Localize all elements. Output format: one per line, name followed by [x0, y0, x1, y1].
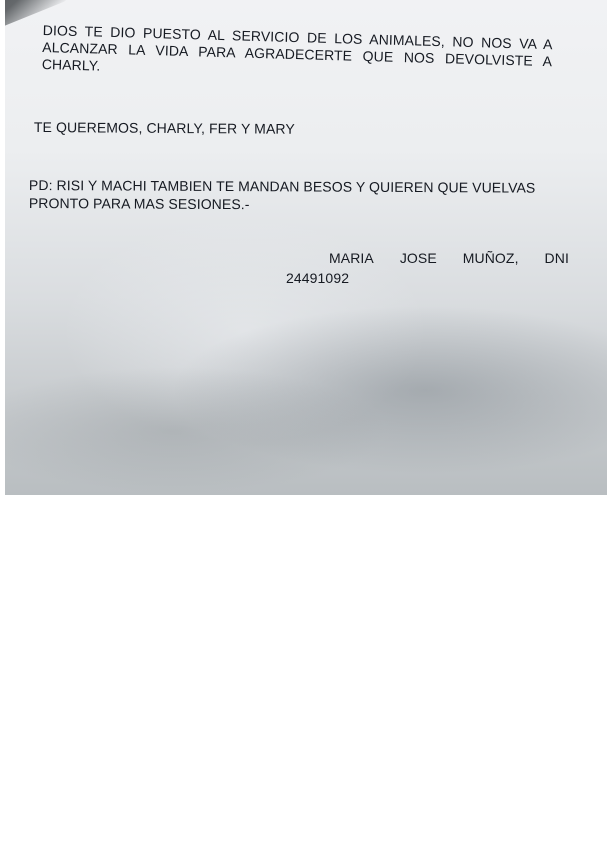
signature-word: DNI [545, 250, 569, 266]
signature-dni-number: 24491092 [286, 270, 349, 286]
signature-word: JOSE [400, 250, 437, 266]
letter-postscript: PD: RISI Y MACHI TAMBIEN TE MANDAN BESOS… [29, 176, 569, 215]
letter-paragraph: DIOS TE DIO PUESTO AL SERVICIO DE LOS AN… [42, 22, 553, 87]
letter-greeting: TE QUEREMOS, CHARLY, FER Y MARY [34, 119, 295, 137]
signature-word: MUÑOZ, [463, 250, 519, 266]
scanned-letter: DIOS TE DIO PUESTO AL SERVICIO DE LOS AN… [5, 0, 607, 495]
signature-word: MARIA [329, 250, 374, 266]
signature-name: MARIA JOSE MUÑOZ, DNI [329, 250, 569, 266]
